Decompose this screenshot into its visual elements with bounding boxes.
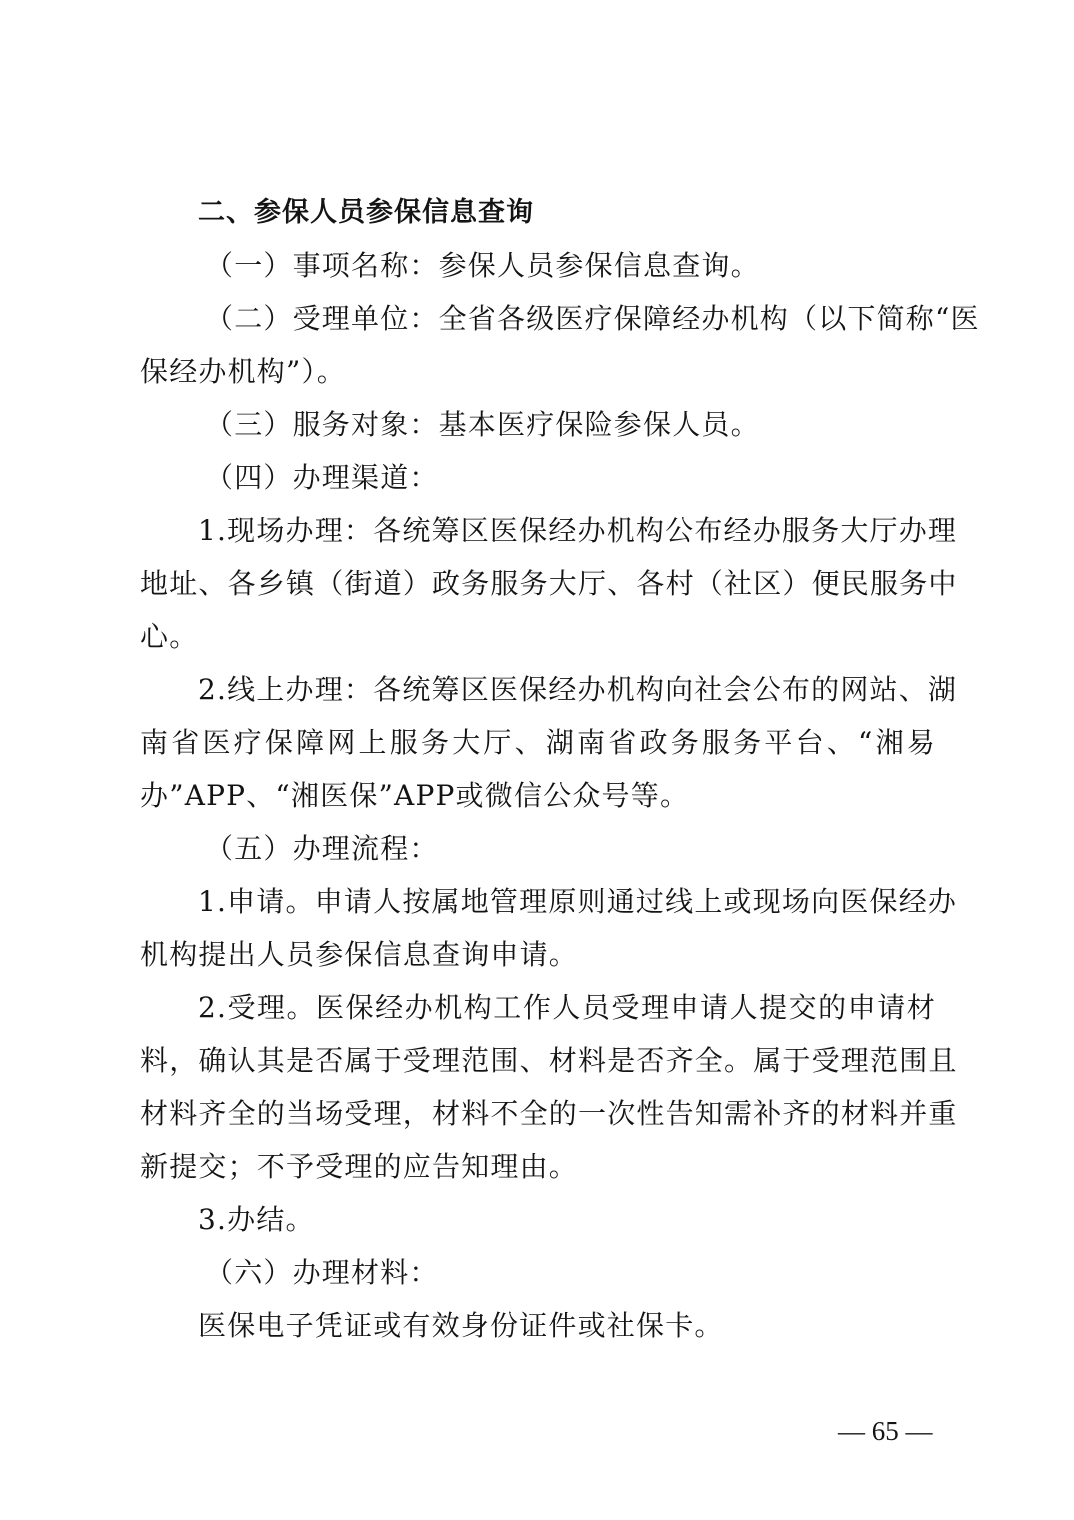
accept-step-line-3: 材料齐全的当场受理，材料不全的一次性告知需补齐的材料并重: [140, 1094, 936, 1134]
document-page: 二、参保人员参保信息查询 （一）事项名称：参保人员参保信息查询。 （二）受理单位…: [0, 0, 1074, 1520]
materials-heading: （六）办理材料：: [205, 1253, 936, 1293]
materials-line: 医保电子凭证或有效身份证件或社保卡。: [198, 1306, 936, 1346]
accept-step-line-1: 2.受理。医保经办机构工作人员受理申请人提交的申请材: [198, 988, 936, 1028]
page-number: — 65 —: [838, 1413, 933, 1449]
accepting-unit-line-1: （二）受理单位：全省各级医疗保障经办机构（以下简称“医: [205, 299, 936, 339]
apply-step-line-2: 机构提出人员参保信息查询申请。: [140, 935, 936, 975]
complete-step-line: 3.办结。: [198, 1200, 936, 1240]
accept-step-line-4: 新提交；不予受理的应告知理由。: [140, 1147, 936, 1187]
onsite-channel-line-3: 心。: [140, 617, 936, 657]
channels-heading: （四）办理渠道：: [205, 458, 936, 498]
section-heading: 二、参保人员参保信息查询: [198, 193, 936, 233]
online-channel-line-3: 办”APP、“湘医保”APP或微信公众号等。: [140, 776, 936, 816]
accept-step-line-2: 料，确认其是否属于受理范围、材料是否齐全。属于受理范围且: [140, 1041, 936, 1081]
process-heading: （五）办理流程：: [205, 829, 936, 869]
onsite-channel-line-1: 1.现场办理：各统筹区医保经办机构公布经办服务大厅办理: [198, 511, 936, 551]
accepting-unit-line-2: 保经办机构”）。: [140, 352, 936, 392]
service-target-line: （三）服务对象：基本医疗保险参保人员。: [205, 405, 936, 445]
online-channel-line-2: 南省医疗保障网上服务大厅、湖南省政务服务平台、“湘易: [140, 723, 936, 763]
onsite-channel-line-2: 地址、各乡镇（街道）政务服务大厅、各村（社区）便民服务中: [140, 564, 936, 604]
online-channel-line-1: 2.线上办理：各统筹区医保经办机构向社会公布的网站、湖: [198, 670, 936, 710]
item-name-line: （一）事项名称：参保人员参保信息查询。: [205, 246, 936, 286]
apply-step-line-1: 1.申请。申请人按属地管理原则通过线上或现场向医保经办: [198, 882, 936, 922]
